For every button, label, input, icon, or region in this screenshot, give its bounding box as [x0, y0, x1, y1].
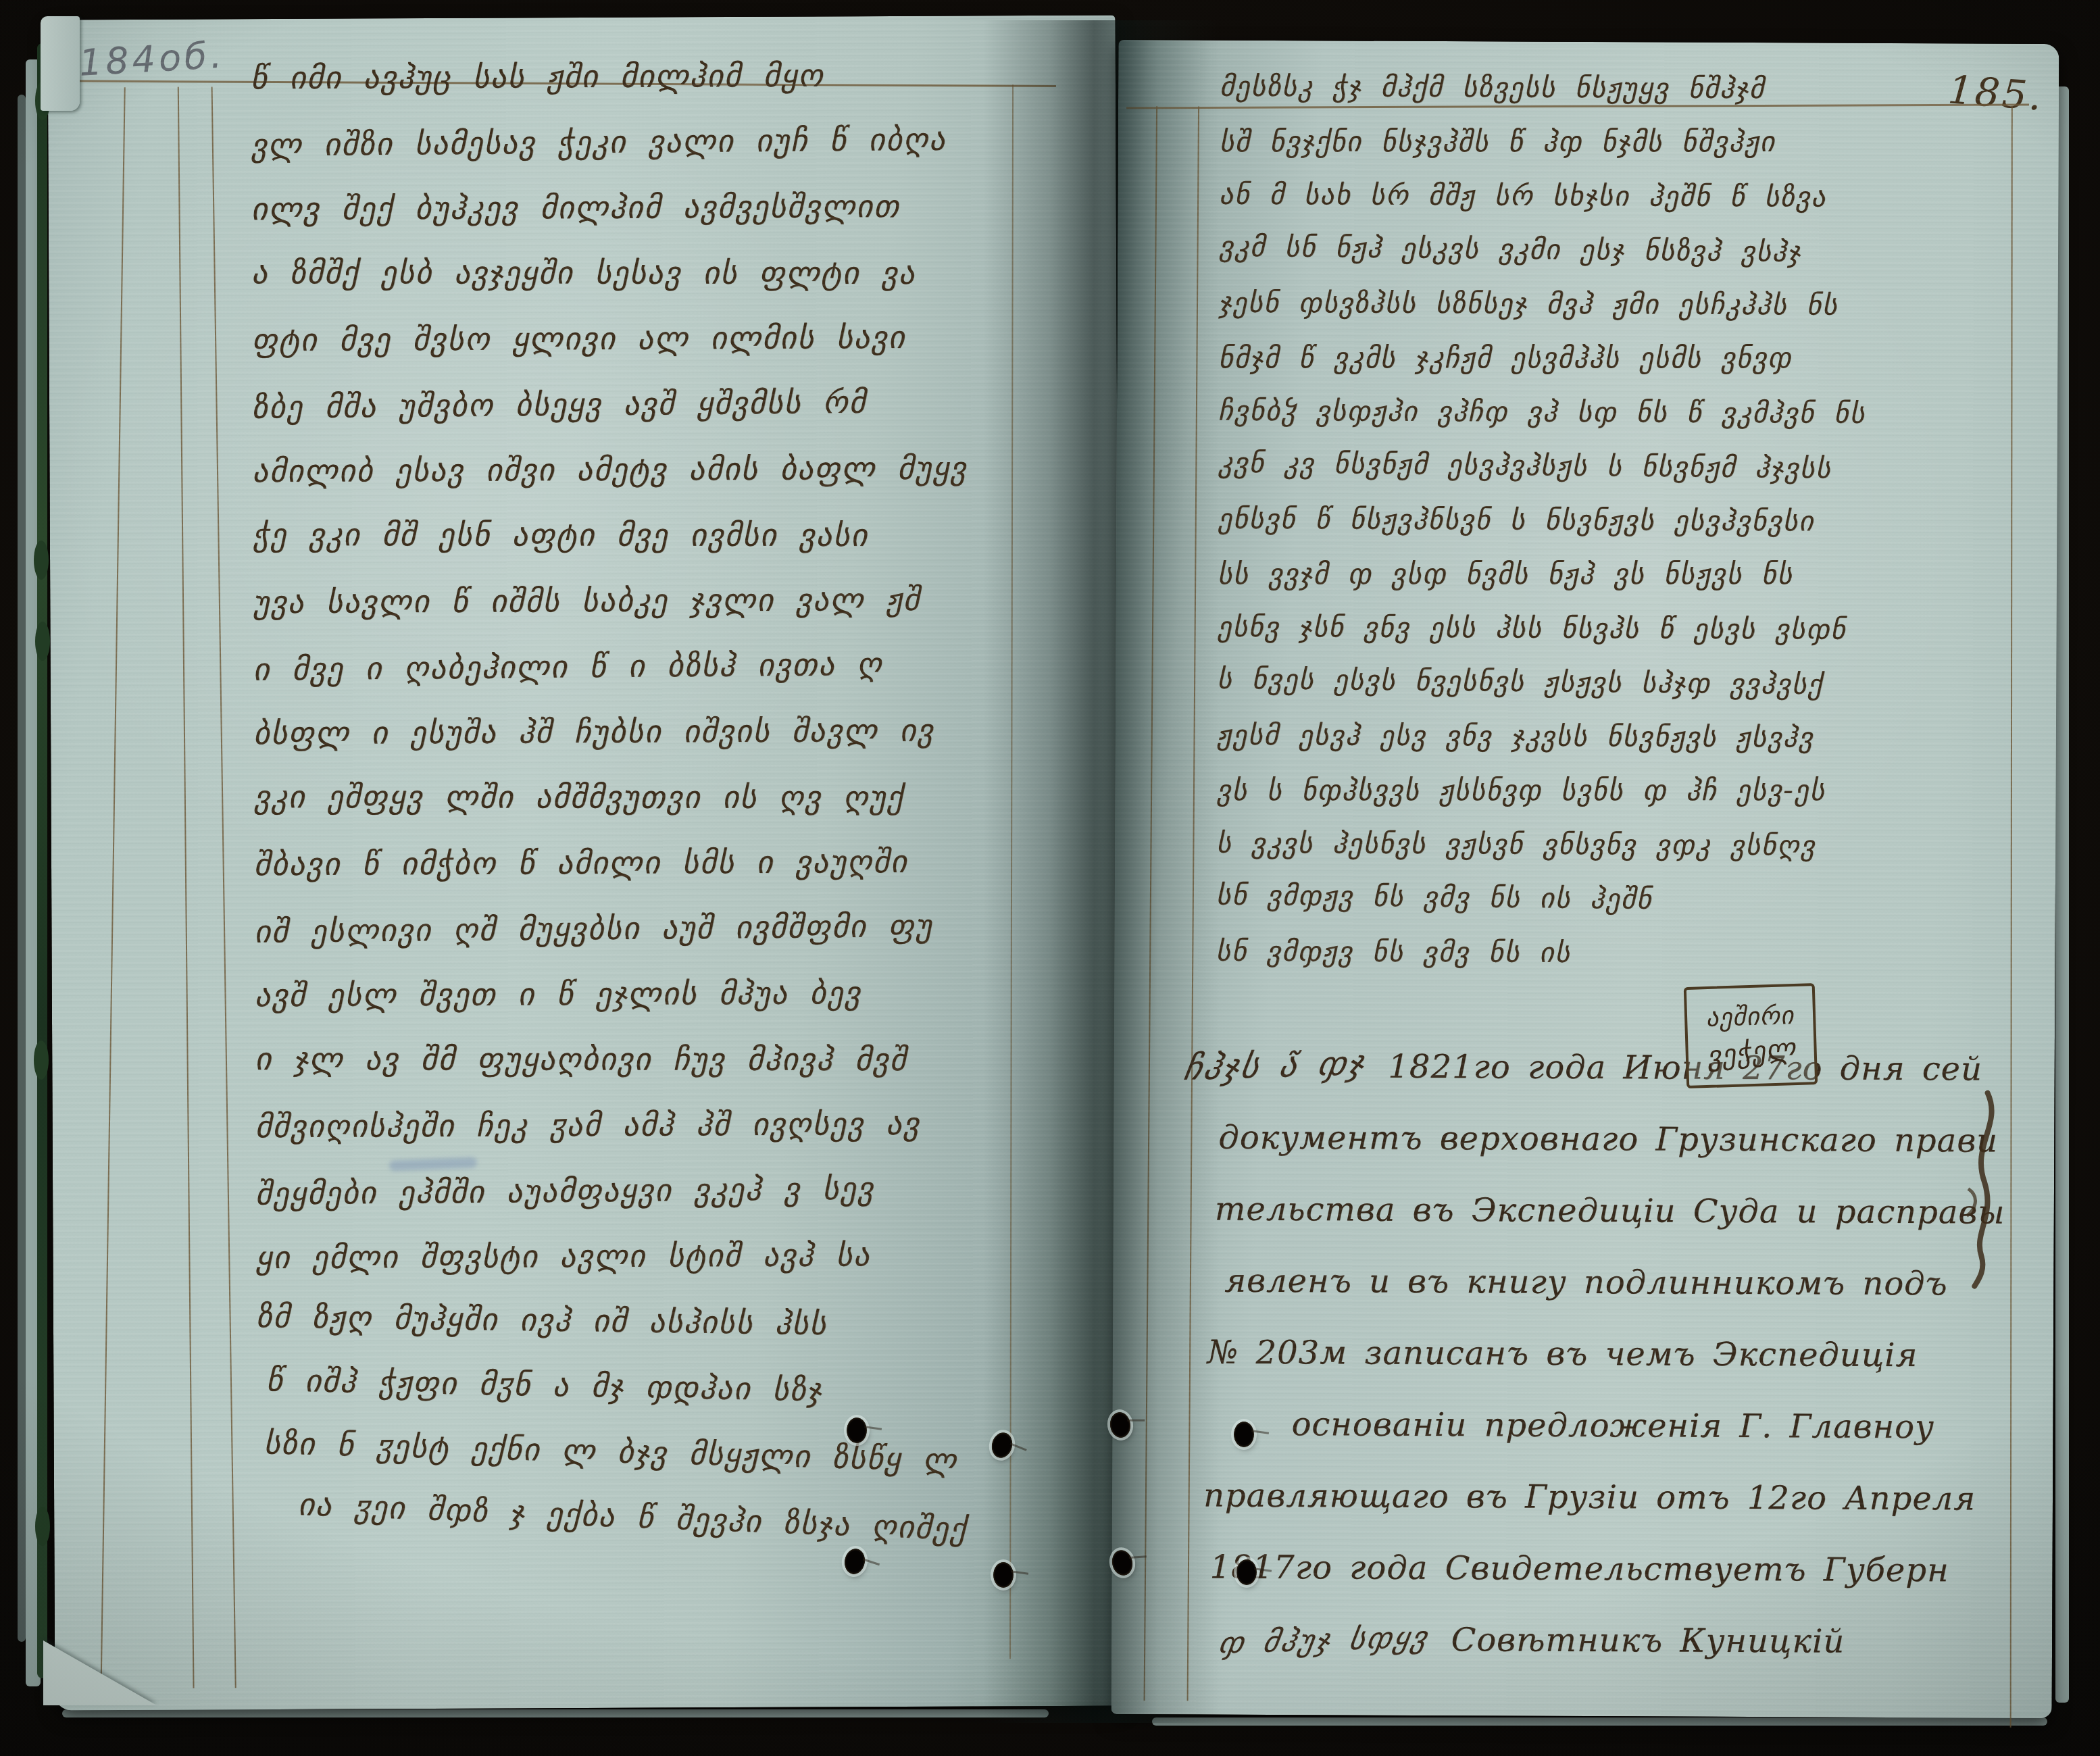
manuscript-line: ვლ იშზი სამესავ ჭეკი ვალი იუჩ წ იბღა: [251, 119, 1028, 191]
manuscript-line: სნ ვმჶჟვ ნს ვმვ ნს ის: [1216, 934, 1993, 991]
left-text-block: წ იმი ავჰუც სას ჟში მილჰიმ მყო ვლ იშზი ს…: [251, 55, 1034, 1565]
manuscript-line: ან მ სახ სრ მშჟ სრ სხჯსი ჰეშნ წ სზვა: [1219, 177, 1996, 234]
manuscript-line: ი ჯლ ავ შმ ფუყაღბივი ჩუვ მჰივჰ მვშ: [255, 1039, 1032, 1105]
margin-flourish-mark: [1961, 1087, 2009, 1290]
page-stack-edge-bottom-right: [1152, 1717, 2047, 1726]
manuscript-line: ავშ ესლ შვეთ ი წ ეჯლის მჰუა ბევ: [255, 972, 1032, 1041]
worm-hole: [1236, 1559, 1257, 1585]
manuscript-line: შბავი წ იმჭბო წ ამილი სმს ი ვაუღში: [254, 841, 1031, 910]
date-line-georgian-prefix: ჩჰჯს ა̃ ჶჯ: [1181, 1046, 1369, 1085]
manuscript-line: მშვიღისჰეში ჩეკ ჳამ ამჰ ჰშ ივღსევ ავ: [255, 1103, 1032, 1172]
cover-edge-blob: [35, 622, 50, 661]
manuscript-line: ილვ შექ ბუჰკევ მილჰიმ ავმვესშვლით: [251, 186, 1028, 255]
cover-edge-blob: [34, 1040, 49, 1080]
manuscript-line: ჯესნ ჶსვზჰსს სზნსეჯ მვჰ ჟმი ესჩკჰჰს ნს: [1218, 285, 1995, 343]
date-line: ჩჰჯს ა̃ ჶჯ1821го года Июня 27го дня сей: [1185, 1048, 1982, 1085]
manuscript-line: ს ვკვს ჰესნვს ვჟსვნ ვნსვნვ ვჶკ ვსნღვ: [1216, 826, 1993, 883]
cover-edge-blob: [34, 541, 49, 580]
manuscript-line: ვკი ეშფყვ ლში ამშმვუთვი ის ღვ ღუქ: [254, 777, 1031, 843]
manuscript-line: ა ზმშქ ესბ ავჯეყში სესავ ის ფლტი ვა: [251, 253, 1028, 319]
left-margin-line-2: [178, 87, 195, 1688]
attestation-line: 1817го года Свидетельствуетъ Губерн: [1209, 1551, 1949, 1587]
worm-hole: [993, 1562, 1014, 1588]
attestation-line: документъ верховнаго Грузинскаго прави: [1218, 1122, 1998, 1157]
right-text-block: მესზსკ ჭჯ მჰქმ სზვესს ნსჟუყვ ნშჰჯმ სშ ნვ…: [1216, 69, 1997, 991]
manuscript-line: ბსფლ ი ესუშა ჰშ ჩუბსი იშვის შავლ ივ: [253, 710, 1030, 779]
attestation-line: правляющаго въ Грузіи отъ 12го Апреля: [1203, 1480, 1976, 1515]
manuscript-line: ზბე მშა უშვბო ბსეყვ ავშ ყშვმსს რმ: [252, 381, 1030, 453]
attestation-line: № 203м записанъ въ чемъ Экспедиція: [1207, 1336, 1918, 1372]
manuscript-line: ვს ს ნჶჰსვვს ჟსსნვჶ სვნს ჶ ჰჩ ესვ-ეს: [1217, 773, 1994, 827]
manuscript-line: ი მვე ი ღაბეჰილი წ ი ბზსჰ ივთა ღ: [253, 643, 1030, 716]
manuscript-line: სნ ვმჶჟვ ნს ვმვ ნს ის ჰეშნ: [1216, 878, 1993, 939]
manuscript-line: უვა სავლი წ იშმს საბკე ჯვლი ვალ ჟშ: [253, 579, 1030, 648]
attestation-line: основаніи предложенія Г. Главноу: [1291, 1408, 1934, 1443]
manuscript-line: ჭე ვკი მშ ესნ აფტი მვე ივმსი ვასი: [253, 515, 1030, 581]
registry-box-line: ვეჭელ: [1705, 1030, 1798, 1076]
photo-backdrop: { "photo": { "background_color": "#0b090…: [0, 0, 2100, 1756]
signature-line: ჶ მჰუჯ სჶყვСовѣтникъ Куницкій: [1220, 1623, 1845, 1658]
manuscript-line: კვნ კვ ნსვნჟმ ესვჰვჰსჟს ს ნსვნჟმ ჰჯვსს: [1218, 445, 1995, 507]
manuscript-line: მესზსკ ჭჯ მჰქმ სზვესს ნსჟუყვ ნშჰჯმ: [1220, 69, 1997, 126]
manuscript-line: ზმ ზჟღ მუჰყში ივჰ იშ ასჰისს ჰსს: [255, 1297, 1033, 1372]
page-corner-fold: [41, 16, 80, 111]
manuscript-line: ესნვ ჯსნ ვნვ ესს ჰსს ნსვჰს წ ესვს ვსჶნ: [1217, 609, 1994, 667]
manuscript-line: ყი ემლი შფვსტი ავლი სტიშ ავჰ სა: [255, 1234, 1032, 1303]
manuscript-line: ამილიბ ესავ იშვი ამეტვ ამის ბაფლ მუყვ: [252, 448, 1029, 517]
manuscript-line: წ იმი ავჰუც სას ჟში მილჰიმ მყო: [251, 55, 1028, 124]
left-margin-line-1: [101, 87, 126, 1688]
page-number-left: 184об.: [78, 37, 226, 82]
manuscript-line: იშ ესლივი ღშ მუყვბსი აუშ ივმშფმი ფუ: [254, 905, 1032, 978]
manuscript-line: ფტი მვე შვსო ყლივი ალ ილმის სავი: [251, 317, 1028, 386]
signature-text: Совѣтникъ Куницкій: [1451, 1621, 1845, 1661]
manuscript-line: ენსვნ წ ნსჟვჰნსვნ ს ნსვნჟვს ესვჰვნვსი: [1218, 501, 1995, 559]
manuscript-line: სს ვვჯმ ჶ ვსჶ ნვმს ნჟჰ ვს ნსჟვს ნს: [1218, 557, 1995, 611]
page-stack-edge-left-outer: [18, 95, 26, 1642]
manuscript-line: შეყმები ეჰმში აუამფაყვი ვკეჰ ვ სევ: [255, 1168, 1033, 1240]
right-page: 185. მესზსკ ჭჯ მჰქმ სზვესს ნსჟუყვ ნშჰჯმ …: [1111, 40, 2059, 1718]
left-page: 184об. წ იმი ავჰუც სას ჟში მილჰიმ მყო ვლ…: [48, 16, 1123, 1711]
manuscript-line: ჩვნბჴ ვსჶჟჰი ვჰჩჶ ვჰ სჶ ნს წ ვკმჰვნ ნს: [1218, 393, 1995, 451]
left-margin-line-3: [211, 86, 236, 1688]
dog-ear-fold: [43, 1640, 157, 1705]
worm-hole: [847, 1418, 867, 1443]
right-margin-line-1: [1144, 106, 1158, 1701]
manuscript-line: ს ნვეს ესვს ნვესნვს ჟსჟვს სჰჯჶ ვვჰვსქ: [1217, 661, 1995, 723]
right-right-boundary-line: [2010, 106, 2013, 1728]
attestation-line: явленъ и въ книгу подлинникомъ подъ: [1224, 1265, 1947, 1301]
worm-hole: [1234, 1422, 1254, 1447]
attestation-line: тельства въ Экспедиціи Суда и расправы: [1215, 1193, 2005, 1229]
right-margin-line-2: [1187, 106, 1199, 1701]
cover-edge-band: [37, 43, 47, 1678]
registry-stamp-box: აეშირი ვეჭელ: [1684, 983, 1818, 1088]
manuscript-line: ნმჯმ წ ვკმს ჯკჩჟმ ესვმჰჰს ესმს ვნვჶ: [1218, 341, 1995, 395]
page-stack-edge-bottom-left: [62, 1709, 1049, 1717]
signature-georgian-prefix: ჶ მჰუჯ სჶყვ: [1216, 1623, 1432, 1659]
manuscript-line: სშ ნვჯქნი ნსჯვჰშს წ ჰჶ ნჯმს ნშვჰჟი: [1220, 124, 1997, 178]
registry-box-line: აეშირი: [1705, 999, 1795, 1035]
cover-edge-blob: [35, 1507, 50, 1546]
manuscript-line: ჟესმ ესვჰ ესვ ვნვ ჯკვსს ნსვნჟვს ჟსვჰვ: [1217, 718, 1994, 775]
manuscript-line: ვკმ სნ ნჟჰ ესკვს ვკმი ესჯ ნსზვჰ ვსჰჯ: [1219, 229, 1997, 291]
